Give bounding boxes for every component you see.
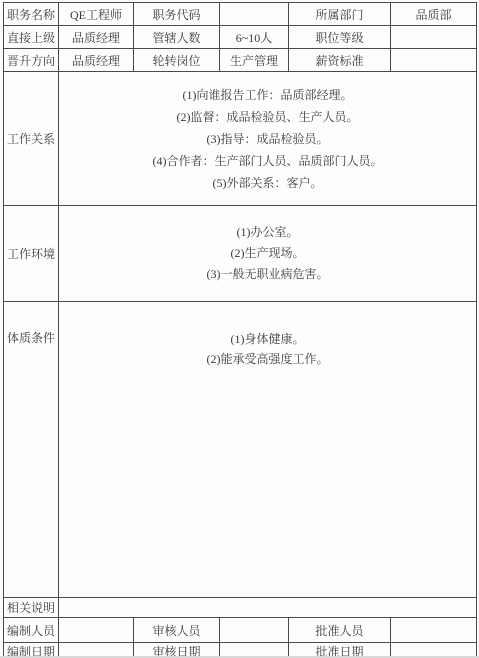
field-label-managed-headcount: 管辖人数 bbox=[134, 26, 220, 49]
value-managed-headcount: 6~10人 bbox=[220, 26, 289, 49]
value-position-grade bbox=[391, 26, 477, 49]
work-relations-line-2: (2)监督：成品检验员、生产人员。 bbox=[59, 106, 476, 128]
field-label-related-notes: 相关说明 bbox=[4, 598, 59, 618]
section-content-work-relations: (1)向谁报告工作：品质部经理。 (2)监督：成品检验员、生产人员。 (3)指导… bbox=[59, 72, 477, 206]
field-label-direct-supervisor: 直接上级 bbox=[4, 26, 59, 49]
value-direct-supervisor: 品质经理 bbox=[59, 26, 134, 49]
value-job-code bbox=[220, 3, 289, 26]
info-row-3: 晋升方向 品质经理 轮转岗位 生产管理 薪资标准 bbox=[4, 49, 477, 72]
field-label-approved-by: 批准人员 bbox=[289, 618, 391, 643]
section-content-work-environment: (1)办公室。 (2)生产现场。 (3)一般无职业病危害。 bbox=[59, 206, 477, 302]
field-label-job-title: 职务名称 bbox=[4, 3, 59, 26]
section-work-environment: 工作环境 (1)办公室。 (2)生产现场。 (3)一般无职业病危害。 bbox=[4, 206, 477, 302]
value-reviewed-by bbox=[220, 618, 289, 643]
work-relations-line-3: (3)指导：成品检验员。 bbox=[59, 128, 476, 150]
notes-row: 相关说明 bbox=[4, 598, 477, 618]
value-job-title: QE工程师 bbox=[59, 3, 134, 26]
section-label-physical-condition: 体质条件 bbox=[4, 302, 59, 598]
field-label-prepared-by: 编制人员 bbox=[4, 618, 59, 643]
work-relations-line-1: (1)向谁报告工作：品质部经理。 bbox=[59, 84, 476, 106]
value-related-notes bbox=[59, 598, 477, 618]
value-promotion-direction: 品质经理 bbox=[59, 49, 134, 72]
section-physical-condition: 体质条件 (1)身体健康。 (2)能承受高强度工作。 bbox=[4, 302, 477, 598]
field-label-position-grade: 职位等级 bbox=[289, 26, 391, 49]
work-relations-line-4: (4)合作者：生产部门人员、品质部门人员。 bbox=[59, 150, 476, 172]
field-label-promotion-direction: 晋升方向 bbox=[4, 49, 59, 72]
value-department: 品质部 bbox=[391, 3, 477, 26]
field-label-rotation-position: 轮转岗位 bbox=[134, 49, 220, 72]
field-label-department: 所属部门 bbox=[289, 3, 391, 26]
value-prepared-by bbox=[59, 618, 134, 643]
work-environment-line-1: (1)办公室。 bbox=[59, 222, 476, 243]
physical-condition-line-2: (2)能承受高强度工作。 bbox=[59, 349, 476, 369]
value-rotation-position: 生产管理 bbox=[220, 49, 289, 72]
info-row-2: 直接上级 品质经理 管辖人数 6~10人 职位等级 bbox=[4, 26, 477, 49]
job-spec-table: 职务名称 QE工程师 职务代码 所属部门 品质部 直接上级 品质经理 管辖人数 … bbox=[3, 2, 477, 658]
field-label-reviewed-by: 审核人员 bbox=[134, 618, 220, 643]
work-environment-line-3: (3)一般无职业病危害。 bbox=[59, 264, 476, 285]
section-label-work-environment: 工作环境 bbox=[4, 206, 59, 302]
value-salary-standard bbox=[391, 49, 477, 72]
physical-condition-line-1: (1)身体健康。 bbox=[59, 329, 476, 349]
section-work-relations: 工作关系 (1)向谁报告工作：品质部经理。 (2)监督：成品检验员、生产人员。 … bbox=[4, 72, 477, 206]
field-label-salary-standard: 薪资标准 bbox=[289, 49, 391, 72]
info-row-1: 职务名称 QE工程师 职务代码 所属部门 品质部 bbox=[4, 3, 477, 26]
section-label-work-relations: 工作关系 bbox=[4, 72, 59, 206]
work-environment-line-2: (2)生产现场。 bbox=[59, 243, 476, 264]
work-relations-line-5: (5)外部关系：客户。 bbox=[59, 172, 476, 194]
job-description-document: 职务名称 QE工程师 职务代码 所属部门 品质部 直接上级 品质经理 管辖人数 … bbox=[0, 0, 479, 658]
value-approved-by bbox=[391, 618, 477, 643]
footer-row-personnel: 编制人员 审核人员 批准人员 bbox=[4, 618, 477, 643]
field-label-job-code: 职务代码 bbox=[134, 3, 220, 26]
section-content-physical-condition: (1)身体健康。 (2)能承受高强度工作。 bbox=[59, 302, 477, 598]
